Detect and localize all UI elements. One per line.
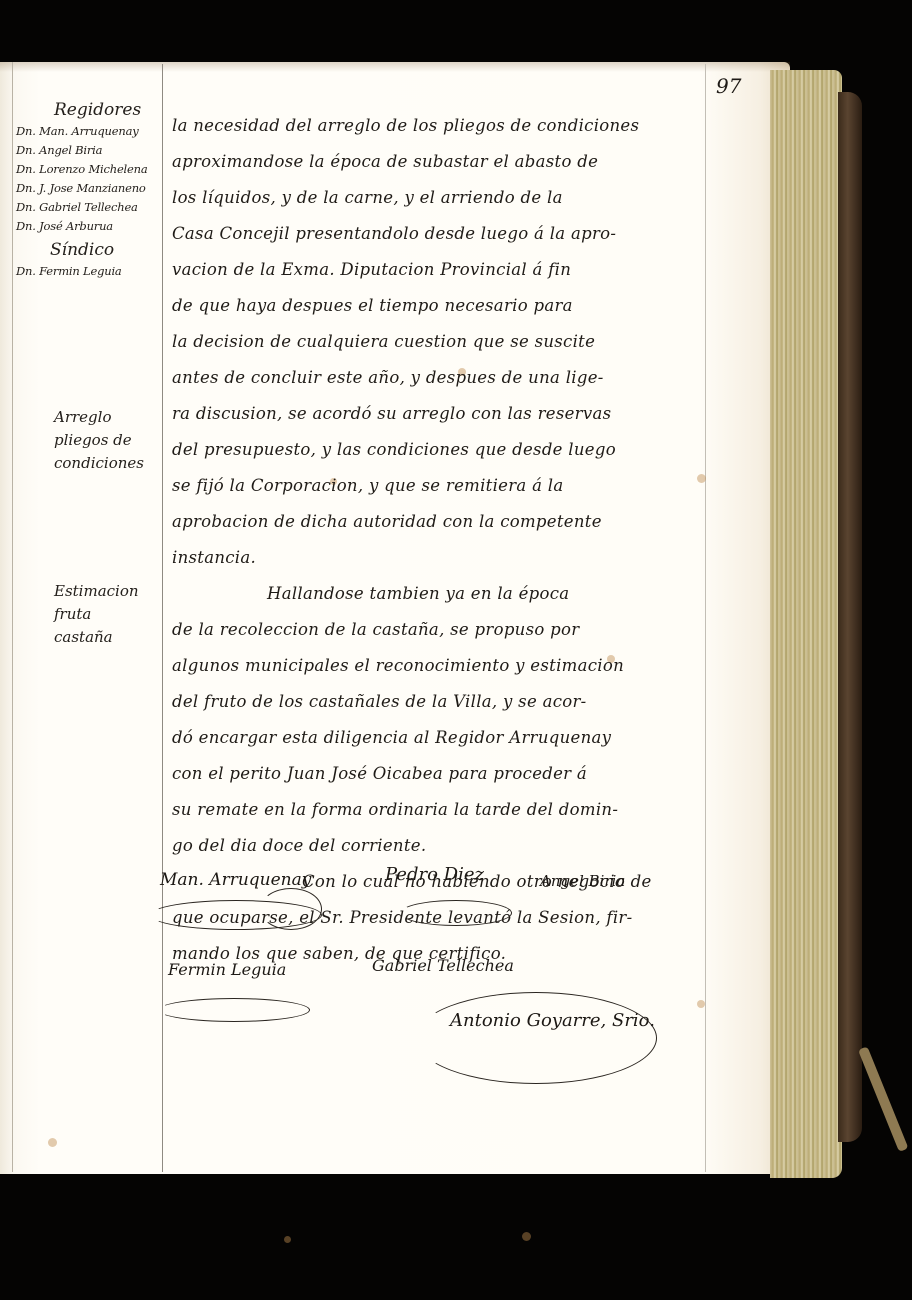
- binding-gutter: [12, 62, 13, 1172]
- margin-note-arreglo: Arreglo pliegos de condiciones: [54, 406, 144, 475]
- margin-heading-regidores: Regidores: [54, 100, 160, 120]
- margin-notes: Regidores Dn. Man. Arruquenay Dn. Angel …: [16, 100, 160, 281]
- text-line: del fruto de los castañales de la Villa,…: [172, 684, 712, 720]
- margin-member: Dn. Angel Biria: [16, 141, 160, 160]
- signature-block: Man. Arruquenay Pedro Diez Angel Biria F…: [150, 860, 710, 1100]
- text-line: los líquidos, y de la carne, y el arrien…: [172, 180, 712, 216]
- text-line: aprobacion de dicha autoridad con la com…: [172, 504, 712, 540]
- foxing-stain: [522, 1232, 531, 1241]
- signature-flourish: [400, 900, 512, 926]
- margin-note-line: fruta: [54, 603, 139, 626]
- text-line: del presupuesto, y las condiciones que d…: [172, 432, 712, 468]
- signature: Gabriel Tellechea: [372, 956, 514, 975]
- text-line: Casa Concejil presentandolo desde luego …: [172, 216, 712, 252]
- signature-flourish: [415, 992, 657, 1084]
- signature: Pedro Diez: [385, 864, 484, 885]
- text-line: go del dia doce del corriente.: [172, 828, 712, 864]
- margin-member: Dn. Lorenzo Michelena: [16, 160, 160, 179]
- text-line: dó encargar esta diligencia al Regidor A…: [172, 720, 712, 756]
- text-line: ra discusion, se acordó su arreglo con l…: [172, 396, 712, 432]
- margin-note-line: castaña: [54, 626, 139, 649]
- signature: Fermin Leguia: [168, 960, 286, 979]
- text-line: antes de concluir este año, y despues de…: [172, 360, 712, 396]
- margin-note-estimacion: Estimacion fruta castaña: [54, 580, 139, 649]
- text-line: con el perito Juan José Oicabea para pro…: [172, 756, 712, 792]
- margin-note-line: condiciones: [54, 452, 144, 475]
- signature-flourish: [158, 998, 310, 1022]
- bookmark-ribbon: [858, 1046, 908, 1152]
- text-line: se fijó la Corporacion, y que se remitie…: [172, 468, 712, 504]
- margin-note-line: Arreglo: [54, 406, 144, 429]
- margin-heading-sindico: Síndico: [50, 240, 160, 260]
- foxing-stain: [48, 1138, 57, 1147]
- margin-note-line: pliegos de: [54, 429, 144, 452]
- margin-note-line: Estimacion: [54, 580, 139, 603]
- text-line: de que haya despues el tiempo necesario …: [172, 288, 712, 324]
- text-line: la necesidad del arreglo de los pliegos …: [172, 108, 712, 144]
- foxing-stain: [284, 1236, 291, 1243]
- text-line: de la recoleccion de la castaña, se prop…: [172, 612, 712, 648]
- page-edges-stack: [770, 70, 842, 1178]
- text-line-paragraph-start: Hallandose tambien ya en la época: [172, 576, 712, 612]
- text-line: aproximandose la época de subastar el ab…: [172, 144, 712, 180]
- margin-member: Dn. Man. Arruquenay: [16, 122, 160, 141]
- minutes-body: la necesidad del arreglo de los pliegos …: [172, 108, 712, 972]
- text-line: la decision de cualquiera cuestion que s…: [172, 324, 712, 360]
- text-line: instancia.: [172, 540, 712, 576]
- margin-member: Dn. J. Jose Manzianeno: [16, 179, 160, 198]
- margin-member: Dn. Gabriel Tellechea: [16, 198, 160, 217]
- margin-member: Dn. José Arburua: [16, 217, 160, 236]
- page-top-shadow: [0, 62, 790, 72]
- text-line: su remate en la forma ordinaria la tarde…: [172, 792, 712, 828]
- book-cover-edge: [838, 92, 862, 1142]
- text-line: vacion de la Exma. Diputacion Provincial…: [172, 252, 712, 288]
- page-number: 97: [716, 74, 741, 98]
- signature: Man. Arruquenay: [160, 870, 311, 890]
- signature-flourish: [260, 888, 322, 930]
- signature: Angel Biria: [540, 872, 625, 890]
- margin-sindico-name: Dn. Fermin Leguia: [16, 262, 160, 281]
- text-line: algunos municipales el reconocimiento y …: [172, 648, 712, 684]
